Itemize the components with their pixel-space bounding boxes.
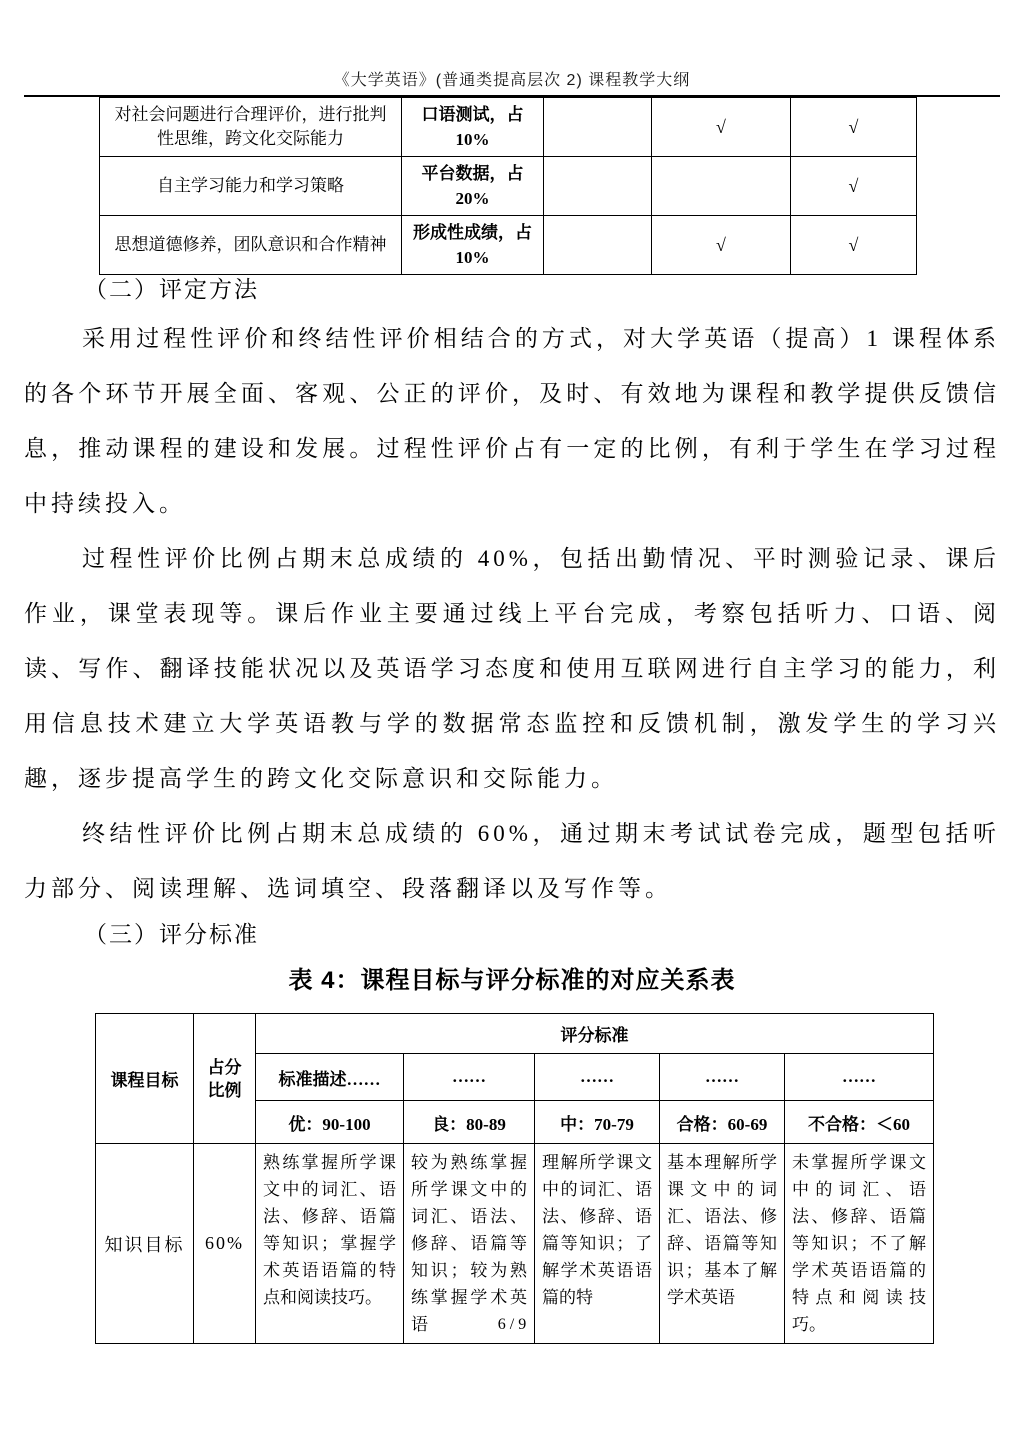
cell-grade-desc-excellent: 熟练掌握所学课文中的词汇、语法、修辞、语篇等知识；掌握学术英语语篇的特点和阅读技… [256,1144,404,1344]
objective-cell: 思想道德修养，团队意识和合作精神 [100,216,402,275]
method-line1: 口语测试，占 [410,102,535,127]
check-cell [544,98,652,157]
table-header-row: 课程目标 占分比例 评分标准 [96,1014,934,1054]
table-row: 自主学习能力和学习策略 平台数据，占 20% √ [100,157,917,216]
check-cell: √ [791,216,917,275]
header-score-ratio-label: 占分比例 [204,1056,246,1102]
header-score-ratio: 占分比例 [194,1014,256,1144]
header-grade-pass: 合格：60-69 [660,1101,785,1144]
document-page: 《大学英语》(普通类提高层次 2) 课程教学大纲 对社会问题进行合理评价，进行批… [0,0,1024,1447]
method-cell: 平台数据，占 20% [402,157,544,216]
header-grade-medium: 中：70-79 [535,1101,660,1144]
body-text-block: 采用过程性评价和终结性评价相结合的方式，对大学英语（提高）1 课程体系的各个环节… [24,311,1000,916]
section-heading-evaluation-method: （二）评定方法 [84,271,259,304]
objective-cell: 自主学习能力和学习策略 [100,157,402,216]
header-scoring-standard: 评分标准 [256,1014,934,1054]
cell-ratio-value: 60% [194,1144,256,1344]
method-line2: 20% [410,186,535,211]
cell-grade-desc-pass: 基本理解所学课文中的词汇、语法、修辞、语篇等知识；基本了解学术英语 [660,1144,785,1344]
header-desc-cell: 标准描述…… [256,1054,404,1101]
table-row: 思想道德修养，团队意识和合作精神 形成性成绩，占 10% √ √ [100,216,917,275]
method-line1: 形成性成绩，占 [410,220,535,245]
header-grade-fail: 不合格：＜60 [785,1101,934,1144]
check-cell: √ [652,216,791,275]
table-row: 知识目标 60% 熟练掌握所学课文中的词汇、语法、修辞、语篇等知识；掌握学术英语… [96,1144,934,1344]
header-grade-excellent: 优：90-100 [256,1101,404,1144]
check-cell [544,216,652,275]
objective-cell: 对社会问题进行合理评价，进行批判性思维，跨文化交际能力 [100,98,402,157]
cell-grade-desc-medium: 理解所学课文中的词汇、语法、修辞、语篇等知识；了解学术英语语篇的特 [535,1144,660,1344]
paragraph-3: 终结性评价比例占期末总成绩的 60%，通过期末考试试卷完成，题型包括听力部分、阅… [24,806,1000,916]
method-cell: 口语测试，占 10% [402,98,544,157]
method-line2: 10% [410,245,535,270]
check-cell: √ [652,98,791,157]
method-line1: 平台数据，占 [410,161,535,186]
table4-title: 表 4：课程目标与评分标准的对应关系表 [0,960,1024,995]
paragraph-1: 采用过程性评价和终结性评价相结合的方式，对大学英语（提高）1 课程体系的各个环节… [24,311,1000,531]
page-number: 6 / 9 [0,1316,1024,1334]
header-desc-cell: …… [785,1054,934,1101]
cell-knowledge-objective: 知识目标 [96,1144,194,1344]
header-desc-cell: …… [660,1054,785,1101]
header-grade-good: 良：80-89 [404,1101,535,1144]
check-cell [652,157,791,216]
check-cell [544,157,652,216]
check-cell: √ [791,98,917,157]
paragraph-2: 过程性评价比例占期末总成绩的 40%，包括出勤情况、平时测验记录、课后作业，课堂… [24,531,1000,806]
table-row: 对社会问题进行合理评价，进行批判性思维，跨文化交际能力 口语测试，占 10% √… [100,98,917,157]
scoring-standard-table: 课程目标 占分比例 评分标准 标准描述…… …… …… …… …… 优：90-1… [95,1013,934,1344]
method-line2: 10% [410,127,535,152]
check-cell: √ [791,157,917,216]
cell-grade-desc-good: 较为熟练掌握所学课文中的词汇、语法、修辞、语篇等知识；较为熟练掌握学术英语 [404,1144,535,1344]
document-header-title: 《大学英语》(普通类提高层次 2) 课程教学大纲 [0,67,1024,90]
method-cell: 形成性成绩，占 10% [402,216,544,275]
assessment-table: 对社会问题进行合理评价，进行批判性思维，跨文化交际能力 口语测试，占 10% √… [99,97,917,275]
cell-grade-desc-fail: 未掌握所学课文中的词汇、语法、修辞、语篇等知识；不了解学术英语语篇的特点和阅读技… [785,1144,934,1344]
header-course-objective: 课程目标 [96,1014,194,1144]
header-desc-cell: …… [535,1054,660,1101]
section-heading-scoring-standard: （三）评分标准 [84,916,259,949]
header-desc-cell: …… [404,1054,535,1101]
